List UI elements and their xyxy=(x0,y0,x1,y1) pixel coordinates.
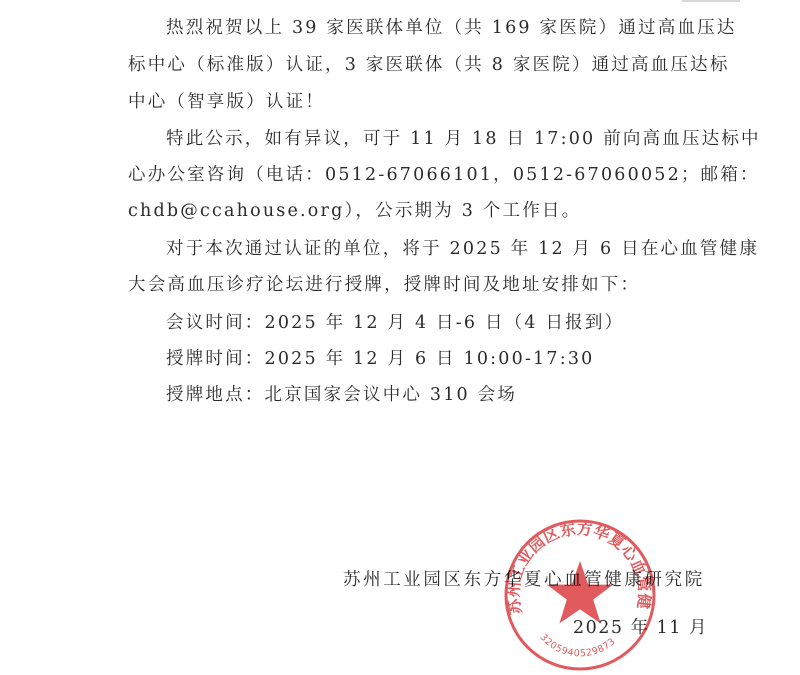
paragraph-congrats-line-1: 热烈祝贺以上 39 家医联体单位（共 169 家医院）通过高血压达 xyxy=(166,16,737,40)
seal-star-icon xyxy=(547,561,613,623)
paragraph-congrats-line-3: 中心（智享版）认证！ xyxy=(128,90,325,114)
schedule-award-location: 授牌地点：北京国家会议中心 310 会场 xyxy=(166,383,517,407)
schedule-meeting-time: 会议时间：2025 年 12 月 4 日-6 日（4 日报到） xyxy=(166,311,624,335)
paragraph-notice-line-3: chdb@ccahouse.org），公示期为 3 个工作日。 xyxy=(128,199,581,223)
paragraph-award-line-1: 对于本次通过认证的单位，将于 2025 年 12 月 6 日在心血管健康 xyxy=(166,237,759,261)
paragraph-notice-line-1: 特此公示，如有异议，可于 11 月 18 日 17:00 前向高血压达标中 xyxy=(166,127,761,151)
paragraph-notice-line-2: 心办公室咨询（电话：0512-67066101，0512-67060052；邮箱… xyxy=(128,163,760,187)
schedule-award-time: 授牌时间：2025 年 12 月 6 日 10:00-17:30 xyxy=(166,347,595,371)
scan-edge-artifact xyxy=(682,0,740,2)
paragraph-award-line-2: 大会高血压诊疗论坛进行授牌，授牌时间及地址安排如下： xyxy=(128,273,640,297)
official-seal-stamp: 苏州工业园区东方华夏心血管健康研究院 3205940529873 xyxy=(502,517,658,673)
seal-serial-number: 3205940529873 xyxy=(537,632,617,660)
paragraph-congrats-line-2: 标中心（标准版）认证，3 家医联体（共 8 家医院）通过高血压达标 xyxy=(128,53,730,77)
